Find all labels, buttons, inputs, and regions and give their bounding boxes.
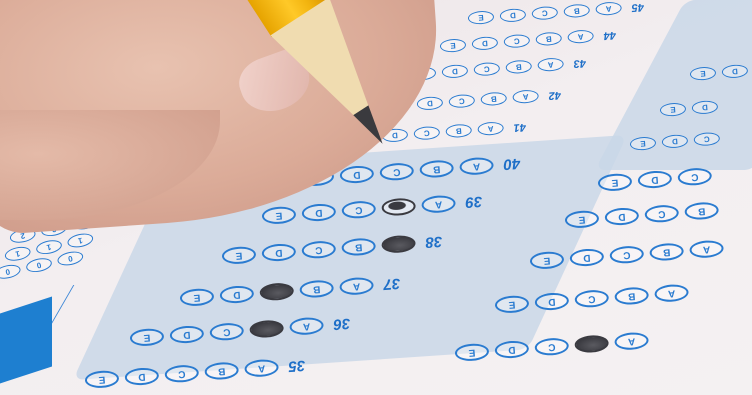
bubble-d[interactable]: D bbox=[261, 243, 296, 262]
bubble-c[interactable]: C bbox=[693, 132, 720, 147]
answer-sheet-photo: E D C B A 35 E D C A 36 E D B A 37 E D C bbox=[0, 0, 752, 395]
bubble-d[interactable]: D bbox=[569, 248, 604, 267]
bubble-c[interactable]: C bbox=[301, 240, 336, 259]
bubble-e[interactable]: E bbox=[129, 328, 164, 347]
question-number: 36 bbox=[333, 315, 351, 333]
bubble-b[interactable]: B bbox=[535, 32, 562, 47]
bubble-a[interactable]: A bbox=[459, 156, 494, 175]
question-number: 44 bbox=[603, 28, 616, 41]
bubble-a[interactable]: A bbox=[477, 121, 504, 136]
bubble-b[interactable]: B bbox=[445, 124, 472, 139]
bubble-e[interactable]: E bbox=[494, 295, 529, 314]
bubble-c[interactable]: C bbox=[609, 245, 644, 264]
bubble-a[interactable]: A bbox=[654, 283, 689, 302]
bubble-e[interactable]: E bbox=[564, 210, 599, 229]
question-row-45: E D C B A 45 bbox=[468, 0, 645, 25]
bubble-c[interactable]: C bbox=[164, 364, 199, 383]
right-row-5: E D C bbox=[597, 167, 712, 192]
bubble-e[interactable]: E bbox=[179, 288, 214, 307]
bubble-a[interactable]: A bbox=[537, 57, 564, 72]
bubble-c[interactable]: C bbox=[341, 200, 376, 219]
bubble-b[interactable]: B bbox=[299, 279, 334, 298]
bubble-d[interactable]: D bbox=[661, 134, 688, 149]
bubble-d[interactable]: D bbox=[494, 340, 529, 359]
question-number: 43 bbox=[573, 56, 586, 69]
bubble-d[interactable]: D bbox=[416, 96, 443, 111]
bubble-c[interactable]: C bbox=[677, 167, 712, 186]
question-number: 42 bbox=[548, 88, 561, 101]
question-number: 38 bbox=[425, 233, 443, 251]
question-number: 37 bbox=[383, 275, 401, 293]
question-row-44: E D C B A 44 bbox=[440, 28, 617, 53]
bubble-e[interactable]: E bbox=[597, 173, 632, 192]
bubble-c[interactable]: C bbox=[534, 337, 569, 356]
bubble-b[interactable]: B bbox=[419, 159, 454, 178]
bubble-d[interactable]: D bbox=[721, 64, 748, 79]
bubble-e[interactable]: E bbox=[261, 206, 296, 225]
bubble-d[interactable]: D bbox=[301, 203, 336, 222]
bubble-c[interactable]: C bbox=[531, 6, 558, 21]
bubble-d[interactable]: D bbox=[124, 367, 159, 386]
bubble-d[interactable]: D bbox=[534, 292, 569, 311]
bubble-c[interactable]: C bbox=[574, 289, 609, 308]
bubble-c[interactable]: C bbox=[503, 34, 530, 49]
digit-bubble[interactable]: 0 bbox=[25, 256, 53, 274]
question-number: 39 bbox=[465, 193, 483, 211]
bubble-b[interactable]: B bbox=[480, 92, 507, 107]
bubble-e[interactable]: E bbox=[690, 66, 717, 81]
question-number: 40 bbox=[503, 155, 521, 173]
bubble-c[interactable]: C bbox=[473, 62, 500, 77]
bubble-e[interactable]: E bbox=[529, 251, 564, 270]
digit-bubble[interactable]: 0 bbox=[56, 249, 84, 267]
bubble-e[interactable]: E bbox=[221, 246, 256, 265]
bubble-b-being-filled[interactable] bbox=[381, 197, 416, 216]
bubble-d[interactable]: D bbox=[637, 170, 672, 189]
bubble-e[interactable]: E bbox=[84, 370, 119, 389]
bubble-b[interactable]: B bbox=[204, 361, 239, 380]
bubble-a[interactable]: A bbox=[339, 276, 374, 295]
question-number: 35 bbox=[288, 357, 306, 375]
bubble-e[interactable]: E bbox=[630, 136, 657, 151]
bubble-d[interactable]: D bbox=[441, 64, 468, 79]
bubble-b-filled[interactable] bbox=[574, 334, 609, 353]
bubble-d[interactable]: D bbox=[219, 285, 254, 304]
bubble-b[interactable]: B bbox=[649, 242, 684, 261]
bubble-b-filled[interactable] bbox=[249, 319, 284, 338]
bubble-c-filled[interactable] bbox=[259, 282, 294, 301]
bubble-e[interactable]: E bbox=[454, 343, 489, 362]
bubble-a[interactable]: A bbox=[595, 1, 622, 16]
bubble-b[interactable]: B bbox=[614, 286, 649, 305]
digit-bubble[interactable]: 1 bbox=[66, 231, 94, 249]
bubble-a[interactable]: A bbox=[689, 239, 724, 258]
bubble-e[interactable]: E bbox=[468, 10, 495, 25]
bubble-d[interactable]: D bbox=[499, 8, 526, 23]
digit-bubble[interactable]: 0 bbox=[0, 263, 22, 281]
bubble-a[interactable]: A bbox=[289, 316, 324, 335]
bubble-a[interactable]: A bbox=[421, 194, 456, 213]
bubble-b[interactable]: B bbox=[505, 60, 532, 75]
bubble-a[interactable]: A bbox=[614, 331, 649, 350]
bubble-d[interactable]: D bbox=[691, 100, 718, 115]
bubble-d[interactable]: D bbox=[471, 36, 498, 51]
bubble-e[interactable]: E bbox=[660, 102, 687, 117]
bubble-d[interactable]: D bbox=[604, 207, 639, 226]
bubble-d[interactable]: D bbox=[169, 325, 204, 344]
question-row-43: E D C B A 43 bbox=[410, 56, 587, 81]
bubble-a[interactable]: A bbox=[244, 358, 279, 377]
bubble-a-filled[interactable] bbox=[381, 234, 416, 253]
bubble-a[interactable]: A bbox=[567, 29, 594, 44]
question-number: 45 bbox=[631, 0, 644, 13]
bubble-a[interactable]: A bbox=[512, 89, 539, 104]
bubble-c[interactable]: C bbox=[644, 204, 679, 223]
bubble-c[interactable]: C bbox=[209, 322, 244, 341]
question-number: 41 bbox=[513, 120, 526, 133]
bubble-e[interactable]: E bbox=[440, 38, 467, 53]
bubble-c[interactable]: C bbox=[448, 94, 475, 109]
bubble-b[interactable]: B bbox=[563, 4, 590, 19]
bubble-b[interactable]: B bbox=[341, 237, 376, 256]
bubble-b[interactable]: B bbox=[684, 201, 719, 220]
